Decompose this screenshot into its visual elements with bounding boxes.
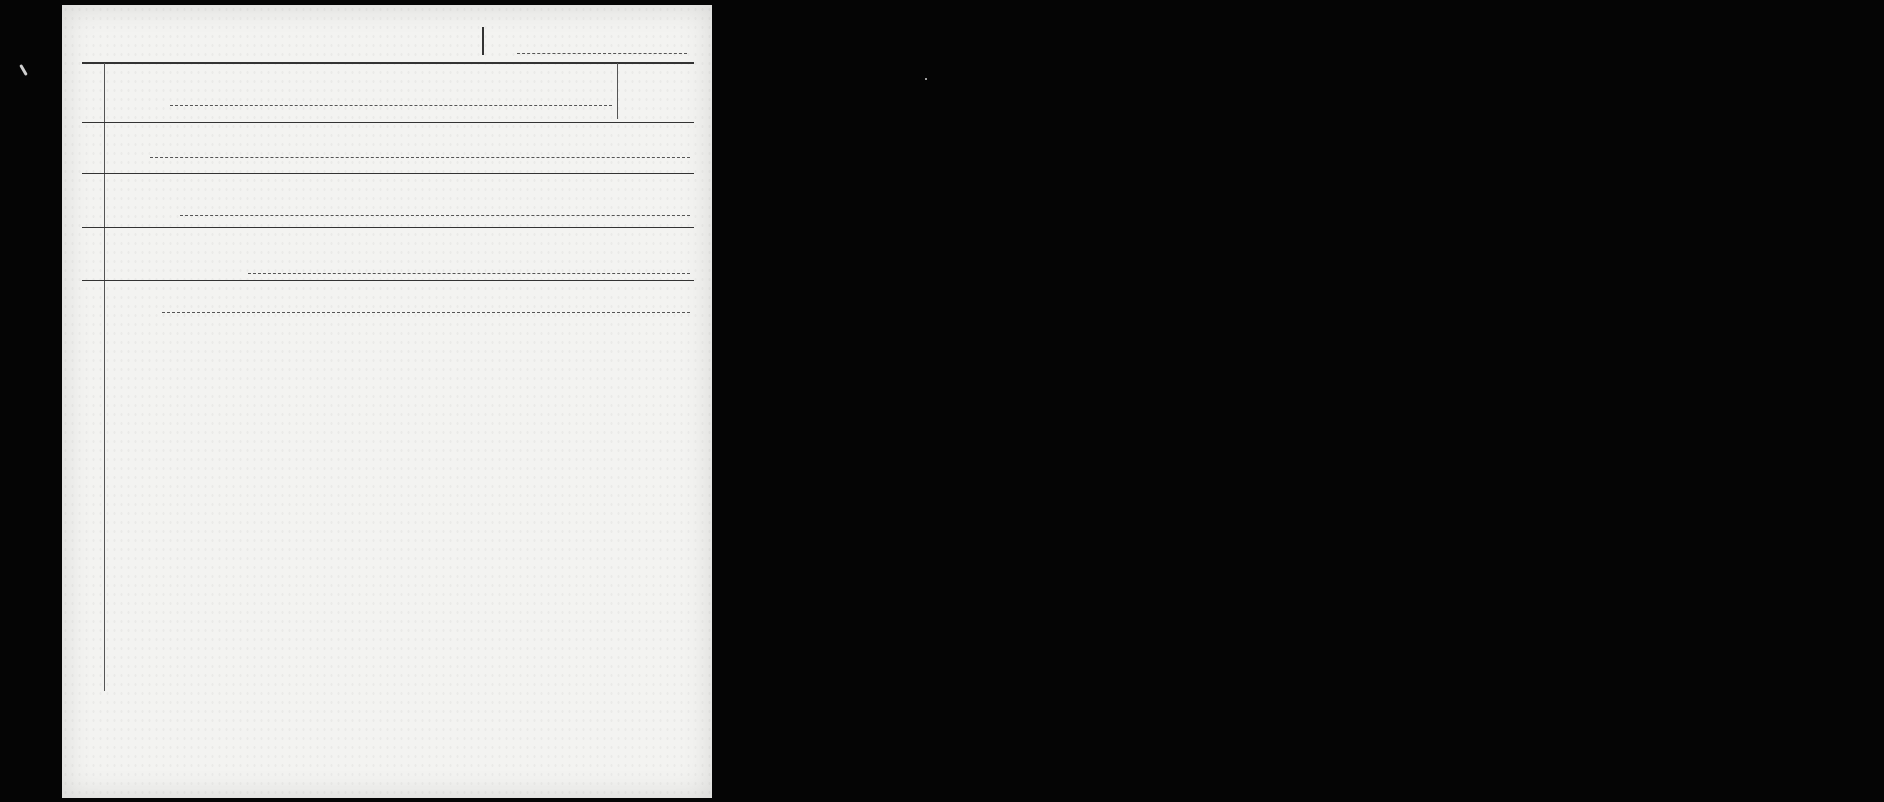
divider — [150, 157, 690, 158]
scan-artifact — [925, 78, 927, 80]
divider — [170, 105, 612, 106]
divider — [482, 27, 484, 55]
divider — [104, 63, 105, 691]
divider — [162, 312, 690, 313]
divider — [517, 53, 687, 54]
divider — [82, 173, 694, 174]
divider — [180, 215, 690, 216]
registration-card — [62, 5, 712, 798]
divider — [248, 273, 690, 274]
divider — [82, 227, 694, 228]
divider — [82, 122, 694, 123]
divider — [617, 63, 618, 119]
divider — [82, 280, 694, 281]
scan-artifact — [19, 64, 28, 76]
divider — [82, 62, 694, 64]
